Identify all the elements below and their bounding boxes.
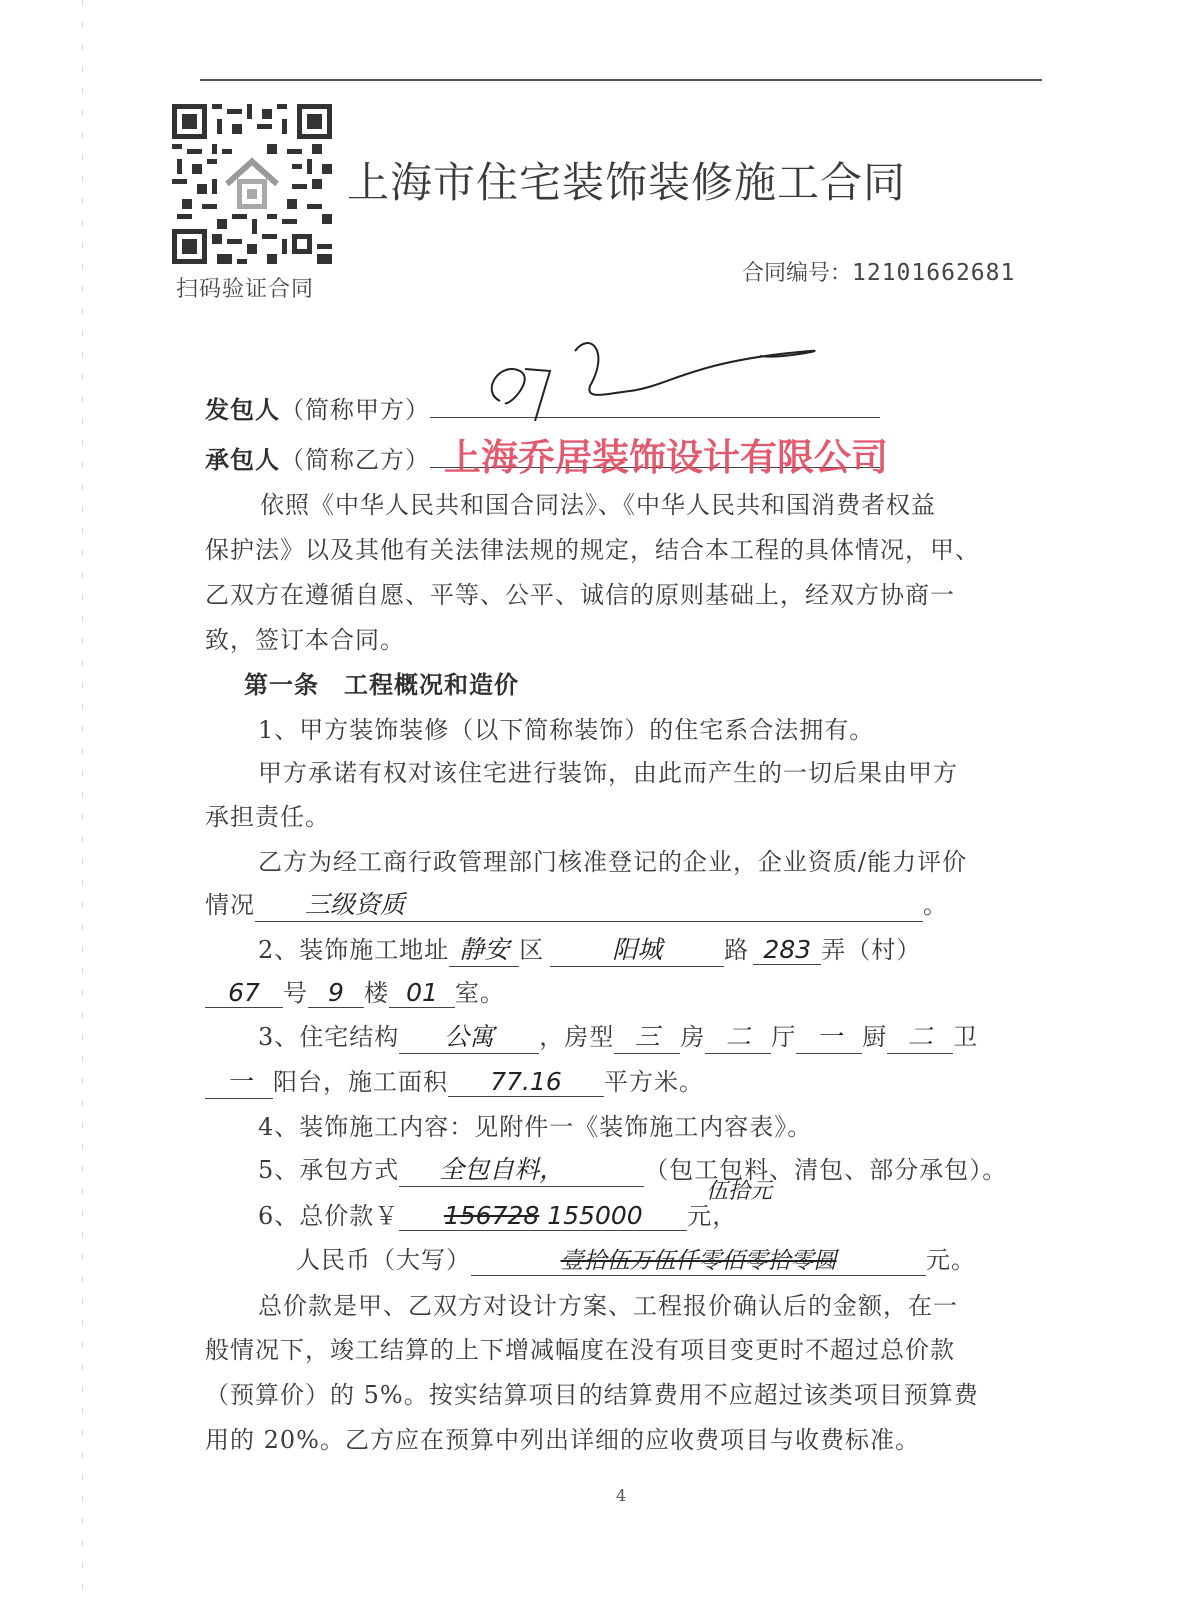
company-stamp: 上海乔居装饰设计有限公司 <box>444 427 888 481</box>
party-b-field[interactable]: 上海乔居装饰设计有限公司 <box>430 441 880 468</box>
item-1-line-2: 甲方承诺有权对该住宅进行装饰，由此而产生的一切后果由甲方 <box>258 753 958 788</box>
baths-field[interactable]: 二 <box>887 1017 953 1054</box>
halls-field[interactable]: 二 <box>705 1017 771 1054</box>
total-para-line-2: 般情况下，竣工结算的上下增减幅度在没有项目变更时不超过总价款 <box>205 1330 955 1365</box>
article-1-heading: 第一条 工程概况和造价 <box>244 665 519 700</box>
contract-page: 扫码验证合同 上海市住宅装饰装修施工合同 合同编号：12101662681 发包… <box>0 0 1184 1600</box>
rmb-row: 人民币（大写）壹拾伍万伍仟零佰零拾零圆元。 <box>296 1240 976 1276</box>
preamble-line-1: 依照《中华人民共和国合同法》、《中华人民共和国消费者权益 <box>260 485 936 520</box>
balconies-suffix: 阳台，施工面积 <box>273 1068 448 1096</box>
structure-field[interactable]: 公寓 <box>399 1017 539 1054</box>
number-suffix: 号 <box>283 979 308 1007</box>
rmb-field[interactable]: 壹拾伍万伍仟零佰零拾零圆 <box>471 1242 926 1276</box>
item-1-line-3: 承担责任。 <box>205 797 330 832</box>
district-suffix: 区 <box>519 936 544 964</box>
area-suffix: 平方米。 <box>604 1068 704 1096</box>
balconies-field[interactable]: 一 <box>205 1062 273 1099</box>
layout-label: ，房型 <box>539 1023 614 1051</box>
qualification-end: 。 <box>923 891 948 919</box>
item-1-line-1: 1、甲方装饰装修（以下简称装饰）的住宅系合法拥有。 <box>258 710 874 745</box>
room-suffix: 室。 <box>455 979 505 1007</box>
rooms-suffix: 房 <box>680 1023 705 1051</box>
qualification-label: 情况 <box>205 891 255 919</box>
party-a-row: 发包人（简称甲方） <box>205 390 880 425</box>
contract-number-label: 合同编号： <box>742 261 852 286</box>
preamble-line-4: 致，签订本合同。 <box>205 620 405 655</box>
district-field[interactable]: 静安 <box>449 930 519 967</box>
rooms-field[interactable]: 三 <box>614 1017 680 1054</box>
halls-suffix: 厅 <box>771 1023 796 1051</box>
address-row-2: 67号9楼01室。 <box>205 973 505 1008</box>
total-price-suffix: 元， <box>687 1202 737 1230</box>
area-row: 一阳台，施工面积77.16平方米。 <box>205 1062 704 1099</box>
preamble-line-3: 乙双方在遵循自愿、平等、公平、诚信的原则基础上，经双方协商一 <box>205 575 955 610</box>
structure-label: 3、住宅结构 <box>258 1023 399 1051</box>
party-b-label: （简称乙方） <box>280 446 430 474</box>
kitchens-field[interactable]: 一 <box>796 1017 862 1054</box>
road-field[interactable]: 阳城 <box>550 930 724 967</box>
total-para-line-4: 用的 20%。乙方应在预算中列出详细的应收费项目与收费标准。 <box>205 1420 920 1455</box>
address-row-1: 2、装饰施工地址静安区阳城路283弄（村） <box>258 930 921 967</box>
total-price-row: 6、总价款￥156728 155000元， 伍拾元 <box>258 1196 737 1231</box>
scan-edge <box>82 0 83 1600</box>
contract-mode-hint: （包工包料、清包、部分承包）。 <box>644 1156 1007 1184</box>
total-price-value: 155000 <box>547 1201 642 1230</box>
total-price-field[interactable]: 156728 155000 <box>399 1201 687 1231</box>
qualification-row: 情况三级资质。 <box>205 885 948 922</box>
contract-mode-label: 5、承包方式 <box>258 1156 399 1184</box>
rmb-suffix: 元。 <box>926 1246 976 1274</box>
qr-code-icon <box>172 104 332 264</box>
signature-icon <box>480 331 900 421</box>
qr-caption: 扫码验证合同 <box>176 272 314 303</box>
party-a-label: （简称甲方） <box>280 396 430 424</box>
rmb-label: 人民币（大写） <box>296 1246 471 1274</box>
area-field[interactable]: 77.16 <box>448 1067 604 1097</box>
address-label: 2、装饰施工地址 <box>258 936 449 964</box>
preamble-line-2: 保护法》以及其他有关法律法规的规定，结合本工程的具体情况，甲、 <box>205 530 980 565</box>
lane-field[interactable]: 283 <box>753 935 821 965</box>
item-4: 4、装饰施工内容：见附件一《装饰施工内容表》。 <box>258 1107 812 1142</box>
baths-suffix: 卫 <box>953 1023 978 1051</box>
party-b-label-bold: 承包人 <box>205 446 280 474</box>
party-b-row: 承包人（简称乙方）上海乔居装饰设计有限公司 <box>205 440 880 475</box>
top-rule <box>200 79 1042 81</box>
number-field[interactable]: 67 <box>205 978 283 1008</box>
contract-mode-field[interactable]: 全包自料， <box>399 1150 644 1187</box>
contract-number: 合同编号：12101662681 <box>742 256 1015 287</box>
page-number: 4 <box>616 1486 626 1505</box>
total-para-line-1: 总价款是甲、乙双方对设计方案、工程报价确认后的金额，在一 <box>258 1286 958 1321</box>
total-para-line-3: （预算价）的 5%。按实结算项目的结算费用不应超过该类项目预算费 <box>205 1375 979 1410</box>
lane-suffix: 弄（村） <box>821 936 921 964</box>
road-suffix: 路 <box>724 936 749 964</box>
building-suffix: 楼 <box>364 979 389 1007</box>
party-a-field[interactable] <box>430 391 880 418</box>
total-price-struck: 156728 <box>444 1201 539 1230</box>
qualification-line-1: 乙方为经工商行政管理部门核准登记的企业，企业资质/能力评价 <box>258 842 967 877</box>
contract-number-value: 12101662681 <box>852 260 1015 286</box>
price-note: 伍拾元 <box>706 1174 772 1205</box>
document-title: 上海市住宅装饰装修施工合同 <box>347 150 906 210</box>
building-field[interactable]: 9 <box>308 978 364 1008</box>
kitchens-suffix: 厨 <box>862 1023 887 1051</box>
party-a-label-bold: 发包人 <box>205 396 280 424</box>
room-field[interactable]: 01 <box>389 978 455 1008</box>
contract-mode-row: 5、承包方式全包自料，（包工包料、清包、部分承包）。 <box>258 1150 1007 1187</box>
total-price-label: 6、总价款￥ <box>258 1202 399 1230</box>
qualification-field[interactable]: 三级资质 <box>255 885 923 922</box>
structure-row: 3、住宅结构公寓，房型三房二厅一厨二卫 <box>258 1017 978 1054</box>
